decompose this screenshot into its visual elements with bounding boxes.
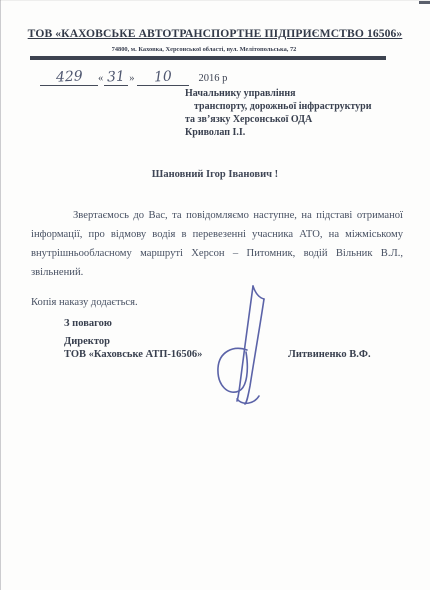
month-handwritten: 10 [153,69,172,84]
day-handwritten: 31 [107,69,126,84]
quote-close: » [129,73,134,86]
addressee-line: Начальнику управління [185,88,372,101]
scan-edge-line [0,0,1,590]
company-title: ТОВ «КАХОВСЬКЕ АВТОТРАНСПОРТНЕ ПІДПРИЄМС… [0,27,430,40]
company-address: 74800, м. Каховка, Херсонської області, … [0,46,408,53]
signer-title-line: ТОВ «Каховське АТП-16506» [64,349,202,362]
letter-body: Звертаємось до Вас, та повідомляємо наст… [31,206,403,312]
closing-phrase: З повагою [64,318,112,329]
reference-line: 429 « 31 » 10 2016 р [40,62,227,86]
scan-edge-line-top [0,0,430,1]
attachment-note: Копія наказу додається. [31,293,403,312]
addressee-line: Криволап І.І. [185,127,372,140]
addressee-line: та зв’язку Херсонської ОДА [185,114,372,127]
quote-open: « [98,73,103,86]
signer-name: Литвиненко В.Ф. [288,349,371,360]
signer-title-block: Директор ТОВ «Каховське АТП-16506» [64,336,202,362]
year-label: 2016 р [193,73,228,86]
body-paragraph: Звертаємось до Вас, та повідомляємо наст… [31,206,403,282]
letter-page: ТОВ «КАХОВСЬКЕ АВТОТРАНСПОРТНЕ ПІДПРИЄМС… [0,0,430,590]
month-field: 10 [137,70,189,87]
scan-artifact-mark [419,1,430,4]
outgoing-number-handwritten: 429 [55,69,82,84]
outgoing-number-field: 429 [40,70,98,87]
addressee-block: Начальнику управління транспорту, дорожн… [185,88,372,140]
signer-title-line: Директор [64,336,202,349]
addressee-line: транспорту, дорожньої інфраструктури [185,101,372,114]
header-rule [30,56,386,60]
day-field: 31 [104,70,128,87]
salutation: Шановний Ігор Іванович ! [0,169,430,180]
